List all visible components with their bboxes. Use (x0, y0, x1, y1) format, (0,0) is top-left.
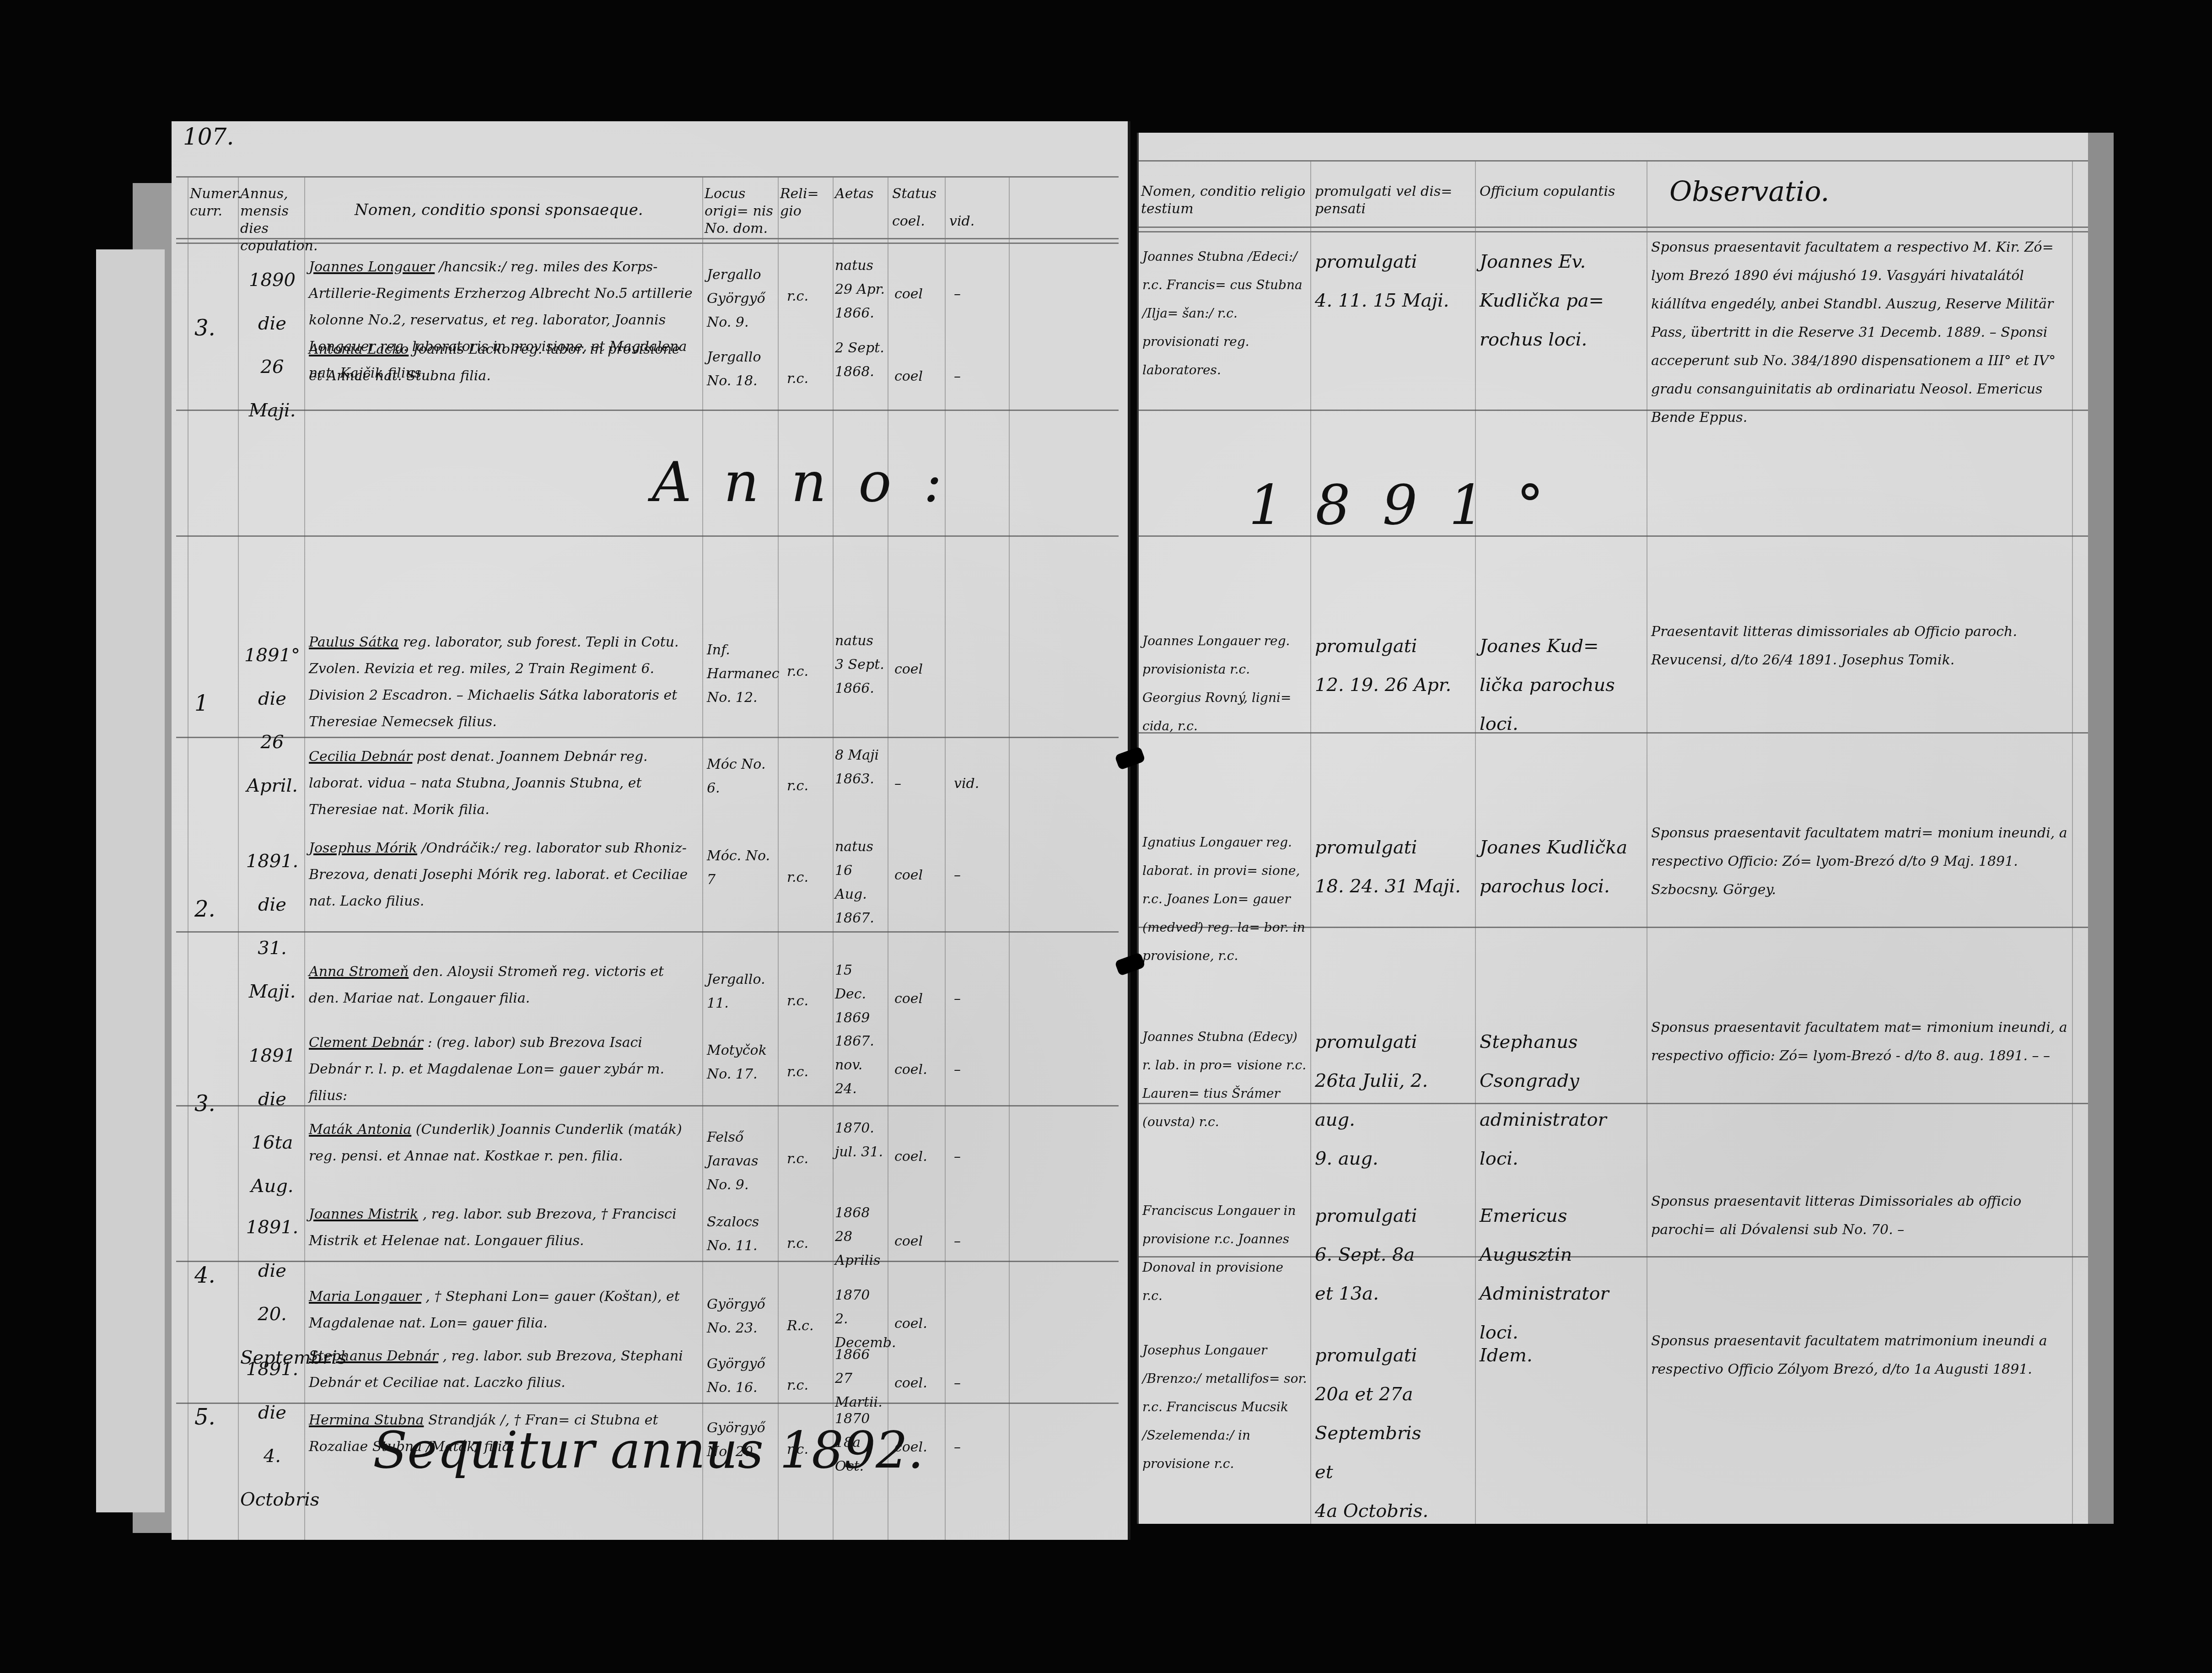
banns-dates: promulgati 20a et 27a Septembris et 4a O… (1315, 1336, 1473, 1531)
header-observatio: Observatio. (1669, 183, 1830, 200)
groom-status-coel: coel (894, 284, 923, 304)
groom-status-vid: – (954, 284, 961, 304)
bride-religion: r.c. (787, 368, 808, 389)
header-bottom-rule (176, 238, 1119, 239)
bride-description: Maria Longauer , † Stephani Lon= gauer (… (309, 1284, 698, 1337)
bride-description: Anna Stromeň den. Aloysii Stromeň reg. v… (309, 959, 698, 1012)
header-bottom-rule-2 (176, 243, 1119, 244)
bride-description: Antonia Lacko Joannis Lacko reg. labor. … (309, 336, 698, 389)
header-bottom-rule (1139, 227, 2088, 228)
header-bottom-rule-2 (1139, 231, 2088, 232)
copulation-date: 1891. die 4. Octobris (240, 1348, 304, 1522)
header-origin: Locus origi= nis No. dom. (705, 185, 778, 237)
entry-number: 2. (194, 899, 215, 920)
witnesses: Joannes Stubna /Edeci:/ r.c. Francis= cu… (1142, 243, 1307, 384)
groom-name: Clement Debnár (309, 1035, 423, 1051)
witnesses: Ignatius Longauer reg. laborat. in provi… (1142, 828, 1307, 970)
bride-name: Maták Antonia (309, 1122, 411, 1138)
page-number: 107. (183, 124, 234, 150)
groom-status-vid: – (954, 1231, 961, 1252)
bride-age: 2 Sept. 1868. (835, 336, 888, 384)
observatio-note: Sponsus praesentavit facultatem matri= m… (1651, 819, 2067, 904)
officiant: Emericus Augusztin Administrator loci. (1480, 1197, 1644, 1352)
groom-age: natus 3 Sept. 1866. (835, 629, 888, 701)
groom-status-coel: coel (894, 659, 923, 680)
bride-age: 8 Maji 1863. (835, 744, 888, 791)
entry-number: 1 (194, 693, 209, 714)
bride-religion: r.c. (787, 1149, 808, 1169)
banns-dates: promulgati 4. 11. 15 Maji. (1315, 243, 1473, 320)
copulation-date: 1891. die 31. Maji. (240, 840, 304, 1014)
officiant: Stephanus Csongrady administrator loci. (1480, 1023, 1644, 1178)
left-register-page: 107. Numer. curr. Annus, mensis dies cop… (172, 121, 1130, 1540)
banns-dates: promulgati 6. Sept. 8a et 13a. (1315, 1197, 1473, 1313)
header-num: Numer. curr. (190, 185, 236, 220)
banns-dates: promulgati 26ta Julii, 2. aug. 9. aug. (1315, 1023, 1473, 1178)
observatio-note: Sponsus praesentavit facultatem mat= rim… (1651, 1014, 2067, 1070)
col-rule (1310, 160, 1311, 1524)
bride-origin: Jergallo No. 18. (707, 345, 775, 393)
col-rule (304, 176, 305, 1540)
witnesses: Josephus Longauer /Brenzo:/ metallifos= … (1142, 1336, 1307, 1478)
observatio-note: Sponsus praesentavit litteras Dimissoria… (1651, 1187, 2067, 1244)
officiant: Idem. (1480, 1336, 1644, 1375)
col-rule (238, 176, 239, 1540)
entry-number: 4. (194, 1265, 215, 1286)
book-right-edge (2086, 133, 2114, 1524)
bride-origin: Jergallo. 11. (707, 968, 775, 1015)
row-rule (176, 931, 1119, 933)
groom-description: Joannes Mistrik , reg. labor. sub Brezov… (309, 1201, 698, 1254)
bride-status-coel: – (894, 773, 901, 794)
groom-origin: Szalocs No. 11. (707, 1210, 775, 1258)
officiant: Joanes Kud= lička parochus loci. (1480, 627, 1644, 744)
groom-religion: r.c. (787, 1233, 808, 1254)
groom-age: 1866 27 Martii. (835, 1343, 888, 1414)
bride-religion: r.c. (787, 991, 808, 1011)
groom-description: Stephanus Debnár , reg. labor. sub Brezo… (309, 1343, 698, 1396)
entry-number: 5. (194, 1407, 215, 1428)
col-rule (778, 176, 779, 1540)
header-witnesses: Nomen, conditio religio testium (1141, 183, 1306, 218)
groom-name: Josephus Mórik (309, 840, 417, 856)
groom-origin: Móc. No. 7 (707, 844, 775, 892)
bride-origin: Felső Jaravas No. 9. (707, 1126, 775, 1197)
year-banner-left: Anno: (652, 451, 974, 514)
bride-status-coel: coel (894, 366, 923, 387)
bride-name: Maria Longauer (309, 1289, 421, 1305)
bride-status-vid: vid. (954, 773, 979, 794)
col-rule (833, 176, 834, 1540)
witnesses: Franciscus Longauer in provisione r.c. J… (1142, 1197, 1307, 1310)
groom-status-vid: – (954, 865, 961, 885)
sequitur-note: Sequitur annus 1892. (373, 1421, 924, 1479)
col-rule (702, 176, 703, 1540)
bride-status-vid: – (954, 988, 961, 1009)
groom-origin: Györgyő No. 16. (707, 1352, 775, 1400)
groom-religion: r.c. (787, 286, 808, 307)
groom-description: Paulus Sátka reg. laborator, sub forest.… (309, 629, 698, 735)
bride-name: Anna Stromeň (309, 964, 409, 980)
bride-religion: r.c. (787, 776, 808, 796)
groom-description: Clement Debnár : (reg. labor) sub Brezov… (309, 1030, 698, 1109)
row-rule (176, 410, 1119, 411)
groom-name: Joannes Mistrik (309, 1206, 418, 1222)
header-names: Nomen, conditio sponsi sponsaeque. (355, 201, 702, 219)
row-rule (176, 1403, 1119, 1404)
groom-name: Stephanus Debnár (309, 1348, 438, 1364)
copulation-date: 1891° die 26 April. (240, 634, 304, 808)
bride-age: 15 Dec. 1869 (835, 959, 888, 1030)
groom-age: natus 16 Aug. 1867. (835, 835, 888, 930)
copulation-date: 1890 die 26 Maji. (240, 259, 304, 432)
bride-description: Cecilia Debnár post denat. Joannem Debná… (309, 744, 698, 823)
groom-status-coel: coel. (894, 1059, 927, 1080)
col-rule (1009, 176, 1010, 1540)
observatio-note: Praesentavit litteras dimissoriales ab O… (1651, 618, 2067, 675)
banns-dates: promulgati 18. 24. 31 Maji. (1315, 828, 1473, 906)
groom-origin: Inf. Harmanec No. 12. (707, 638, 775, 710)
col-rule (188, 176, 188, 1540)
entry-number: 3. (194, 1094, 215, 1114)
bride-status-coel: coel (894, 988, 923, 1009)
groom-religion: r.c. (787, 661, 808, 682)
entry-number: 3. (194, 318, 215, 339)
header-top-rule (176, 176, 1119, 178)
witnesses: Joannes Stubna (Edecy) r. lab. in pro= v… (1142, 1023, 1307, 1136)
bride-origin: Móc No. 6. (707, 753, 775, 800)
groom-status-coel: coel (894, 1231, 923, 1252)
book-page-edge (96, 249, 165, 1512)
header-status: Status (892, 185, 984, 203)
observatio-note: Sponsus praesentavit facultatem matrimon… (1651, 1327, 2067, 1384)
bride-status-coel: coel. (894, 1146, 927, 1167)
header-top-rule (1139, 160, 2088, 162)
groom-status-vid: – (954, 1373, 961, 1393)
bride-status-vid: – (954, 1437, 961, 1457)
groom-age: natus 29 Apr. 1866. (835, 254, 888, 325)
col-rule (945, 176, 946, 1540)
officiant: Joannes Ev. Kudlička pa= rochus loci. (1480, 243, 1644, 359)
bride-status-vid: – (954, 366, 961, 387)
bride-name: Cecilia Debnár (309, 749, 412, 765)
header-age: Aetas (835, 185, 885, 203)
header-religion: Reli= gio (780, 185, 830, 220)
bride-age: 1870. jul. 31. (835, 1117, 888, 1164)
banns-dates: promulgati 12. 19. 26 Apr. (1315, 627, 1473, 705)
bride-status-vid: – (954, 1146, 961, 1167)
bride-religion: R.c. (787, 1316, 813, 1336)
groom-status-vid: – (954, 1059, 961, 1080)
col-rule (2072, 160, 2073, 1524)
observatio-note: Sponsus praesentavit facultatem a respec… (1651, 233, 2067, 432)
groom-religion: r.c. (787, 1062, 808, 1082)
year-banner-right: 1891° (1249, 474, 1576, 537)
row-rule (176, 737, 1119, 738)
row-rule (176, 535, 1119, 537)
header-officiant: Officium copulantis (1480, 183, 1644, 200)
copulation-date: 1891 die 16ta Aug. (240, 1034, 304, 1208)
col-rule (1647, 160, 1647, 1524)
header-banns: promulgati vel dis= pensati (1315, 183, 1470, 218)
groom-age: 1868 28 Aprilis (835, 1201, 888, 1273)
officiant: Joanes Kudlička parochus loci. (1480, 828, 1644, 906)
groom-religion: r.c. (787, 867, 808, 888)
header-date: Annus, mensis dies copulation. (240, 185, 304, 255)
groom-status-coel: coel. (894, 1373, 927, 1393)
bride-status-coel: coel. (894, 1313, 927, 1334)
bride-origin: Györgyő No. 23. (707, 1293, 775, 1340)
groom-name: Joannes Longauer (309, 259, 435, 275)
right-register-page: Nomen, conditio religio testium promulga… (1137, 133, 2088, 1524)
row-rule (176, 1261, 1119, 1262)
groom-name: Paulus Sátka (309, 634, 398, 650)
witnesses: Joannes Longauer reg. provisionista r.c.… (1142, 627, 1307, 740)
bride-description: Maták Antonia (Cunderlik) Joannis Cunder… (309, 1117, 698, 1170)
header-status-coel: coel. (892, 213, 925, 230)
header-status-vid: vid. (949, 213, 974, 230)
groom-status-coel: coel (894, 865, 923, 885)
groom-religion: r.c. (787, 1375, 808, 1396)
groom-description: Josephus Mórik /Ondráčik:/ reg. laborato… (309, 835, 698, 915)
groom-origin: Jergallo Györgyő No. 9. (707, 263, 775, 335)
bride-name: Antonia Lacko (309, 341, 409, 357)
groom-origin: Motyčok No. 17. (707, 1039, 775, 1086)
col-rule (1475, 160, 1476, 1524)
groom-age: 1867. nov. 24. (835, 1030, 888, 1101)
